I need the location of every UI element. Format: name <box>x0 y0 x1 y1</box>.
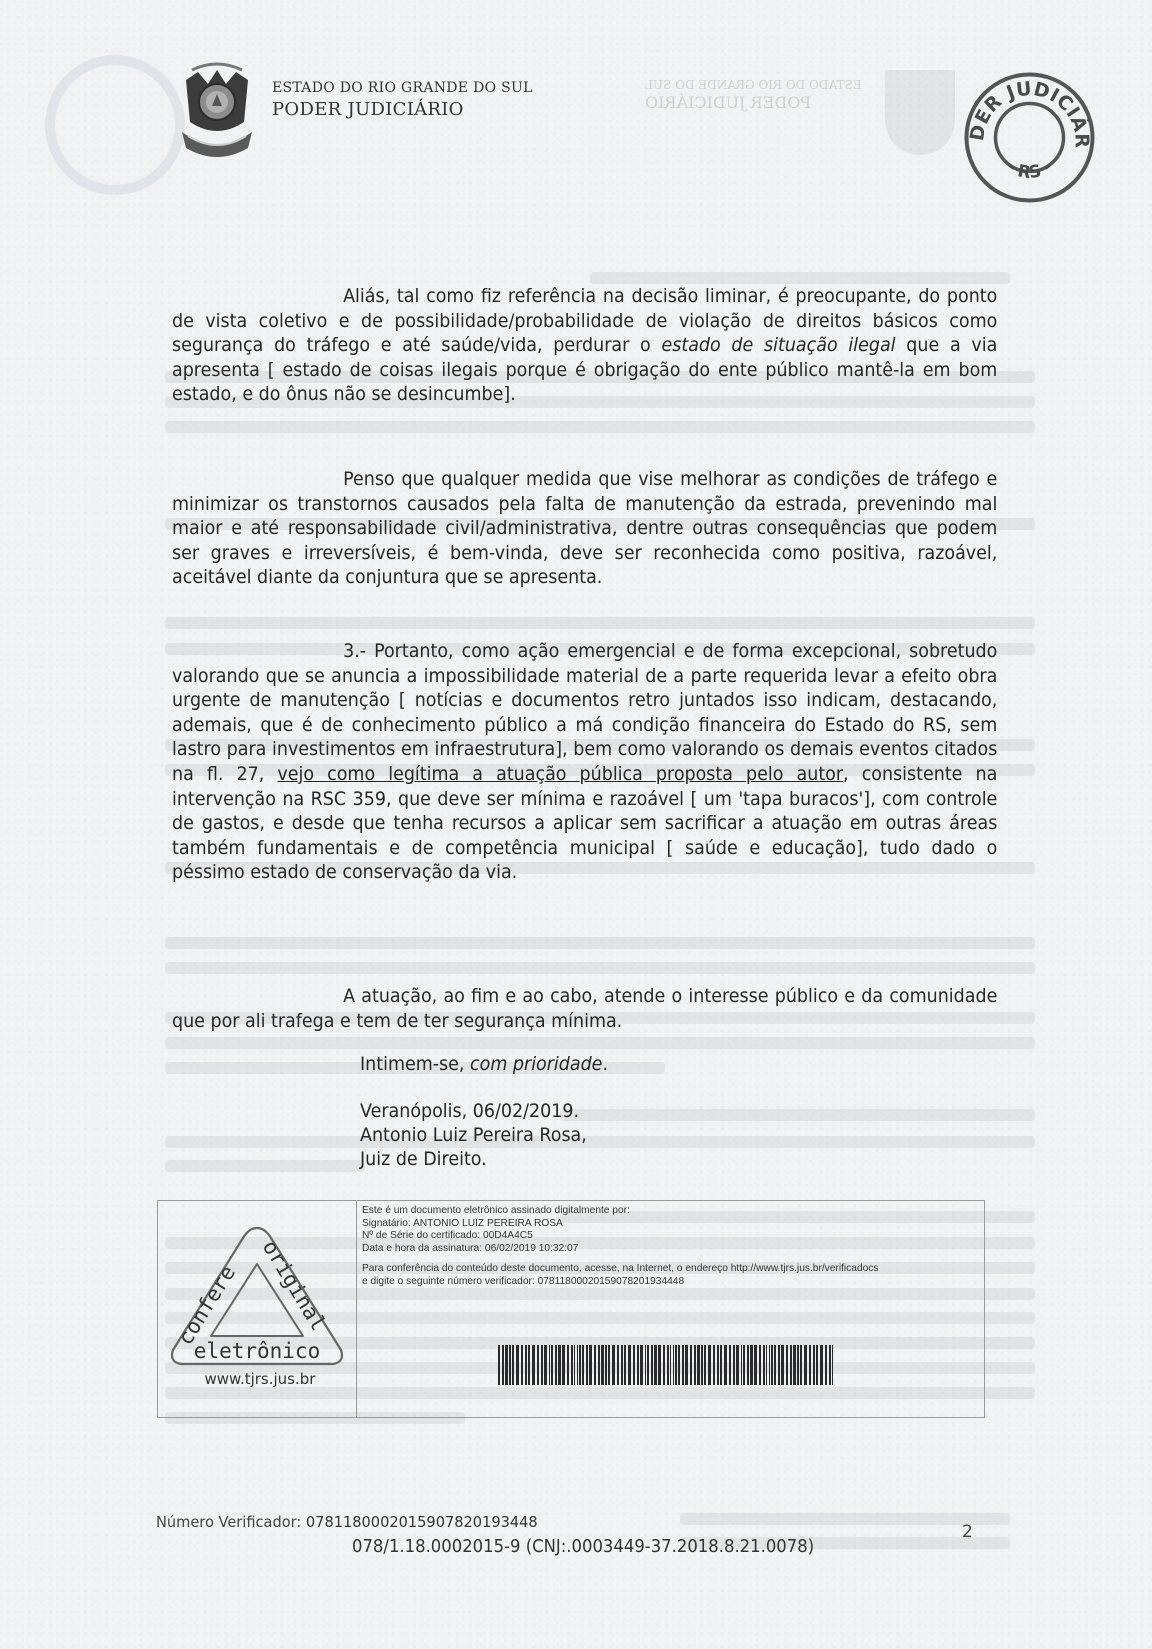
verification-number: 07811800020159078201934448 <box>538 1276 685 1287</box>
signer-name: ANTONIO LUIZ PEREIRA ROSA <box>413 1218 563 1229</box>
bleed-branch-name: PODER JUDICIÁRIO <box>645 94 885 112</box>
sig-datetime: Data e hora da assinatura: 06/02/2019 10… <box>362 1243 878 1256</box>
sig-serial: Nº de Série do certificado: 00D4A4C5 <box>362 1230 878 1243</box>
sig-verify-number-line: e digite o seguinte número verificador: … <box>362 1276 878 1289</box>
place-date: Veranópolis, 06/02/2019. <box>360 1100 587 1124</box>
seal-url: www.tjrs.jus.br <box>170 1370 350 1388</box>
footer-verifier: Número Verificador: 07811800020159078201… <box>156 1513 538 1531</box>
stamp-bottom-text: - RS - <box>1003 157 1056 183</box>
faint-seal-left <box>45 55 185 195</box>
p4-text: A atuação, ao fim e ao cabo, atende o in… <box>172 985 997 1034</box>
intimation-line: Intimem-se, com prioridade. <box>360 1053 608 1077</box>
signature-box-divider <box>356 1200 357 1418</box>
bleed-through-header: ESTADO DO RIO GRANDE DO SUL PODER JUDICI… <box>645 76 885 112</box>
intimem-suffix: . <box>602 1054 608 1075</box>
p1-italic-text: estado de situação ilegal <box>661 335 895 356</box>
signature-info: Este é um documento eletrônico assinado … <box>362 1205 878 1289</box>
paragraph-3: 3.- Portanto, como ação emergencial e de… <box>172 640 997 886</box>
header-branch-name: PODER JUDICIÁRIO <box>272 99 464 120</box>
sig-verify-line: Para conferência do conteúdo deste docum… <box>362 1263 878 1276</box>
intimem-prefix: Intimem-se, <box>360 1054 470 1075</box>
p2-text: Penso que qualquer medida que vise melho… <box>172 468 997 591</box>
stamp-top-text: PODER JUDICIÁRIO <box>962 70 1093 149</box>
svg-text:original: original <box>258 1236 331 1335</box>
signature-block: Veranópolis, 06/02/2019. Antonio Luiz Pe… <box>360 1100 587 1172</box>
coat-of-arms-icon <box>178 62 256 162</box>
page-number: 2 <box>962 1522 973 1542</box>
intimem-italic: com prioridade <box>470 1054 602 1075</box>
barcode-icon <box>498 1345 833 1385</box>
bleed-coat-of-arms-icon <box>885 70 955 155</box>
svg-text:PODER JUDICIÁRIO: PODER JUDICIÁRIO <box>962 70 1093 149</box>
paragraph-2: Penso que qualquer medida que vise melho… <box>172 468 997 591</box>
paragraph-4: A atuação, ao fim e ao cabo, atende o in… <box>172 985 997 1034</box>
judge-title: Juiz de Direito. <box>360 1148 587 1172</box>
svg-text:- RS -: - RS - <box>1003 157 1056 183</box>
judge-name: Antonio Luiz Pereira Rosa, <box>360 1124 587 1148</box>
confere-original-seal-icon: confere original eletrônico <box>165 1222 350 1372</box>
court-stamp-icon: PODER JUDICIÁRIO - RS - <box>962 70 1097 205</box>
certificate-serial: 00D4A4C5 <box>483 1230 533 1241</box>
paragraph-1: Aliás, tal como fiz referência na decisã… <box>172 285 997 408</box>
seal-word-right: original <box>258 1236 331 1335</box>
seal-word-bottom: eletrônico <box>194 1339 320 1363</box>
bleed-state-name: ESTADO DO RIO GRANDE DO SUL <box>645 76 885 94</box>
signature-datetime: 06/02/2019 10:32:07 <box>485 1243 578 1254</box>
verifier-value: 0781180002015907820193448 <box>306 1513 538 1531</box>
sig-intro: Este é um documento eletrônico assinado … <box>362 1205 878 1218</box>
process-number: 078/1.18.0002015-9 (CNJ:.0003449-37.2018… <box>352 1537 814 1557</box>
p3-underlined-text: vejo como legítima a atuação pública pro… <box>277 764 843 785</box>
verifier-label: Número Verificador: <box>156 1513 301 1531</box>
header-state-name: ESTADO DO RIO GRANDE DO SUL <box>272 80 533 96</box>
sig-signer: Signatário: ANTONIO LUIZ PEREIRA ROSA <box>362 1218 878 1231</box>
